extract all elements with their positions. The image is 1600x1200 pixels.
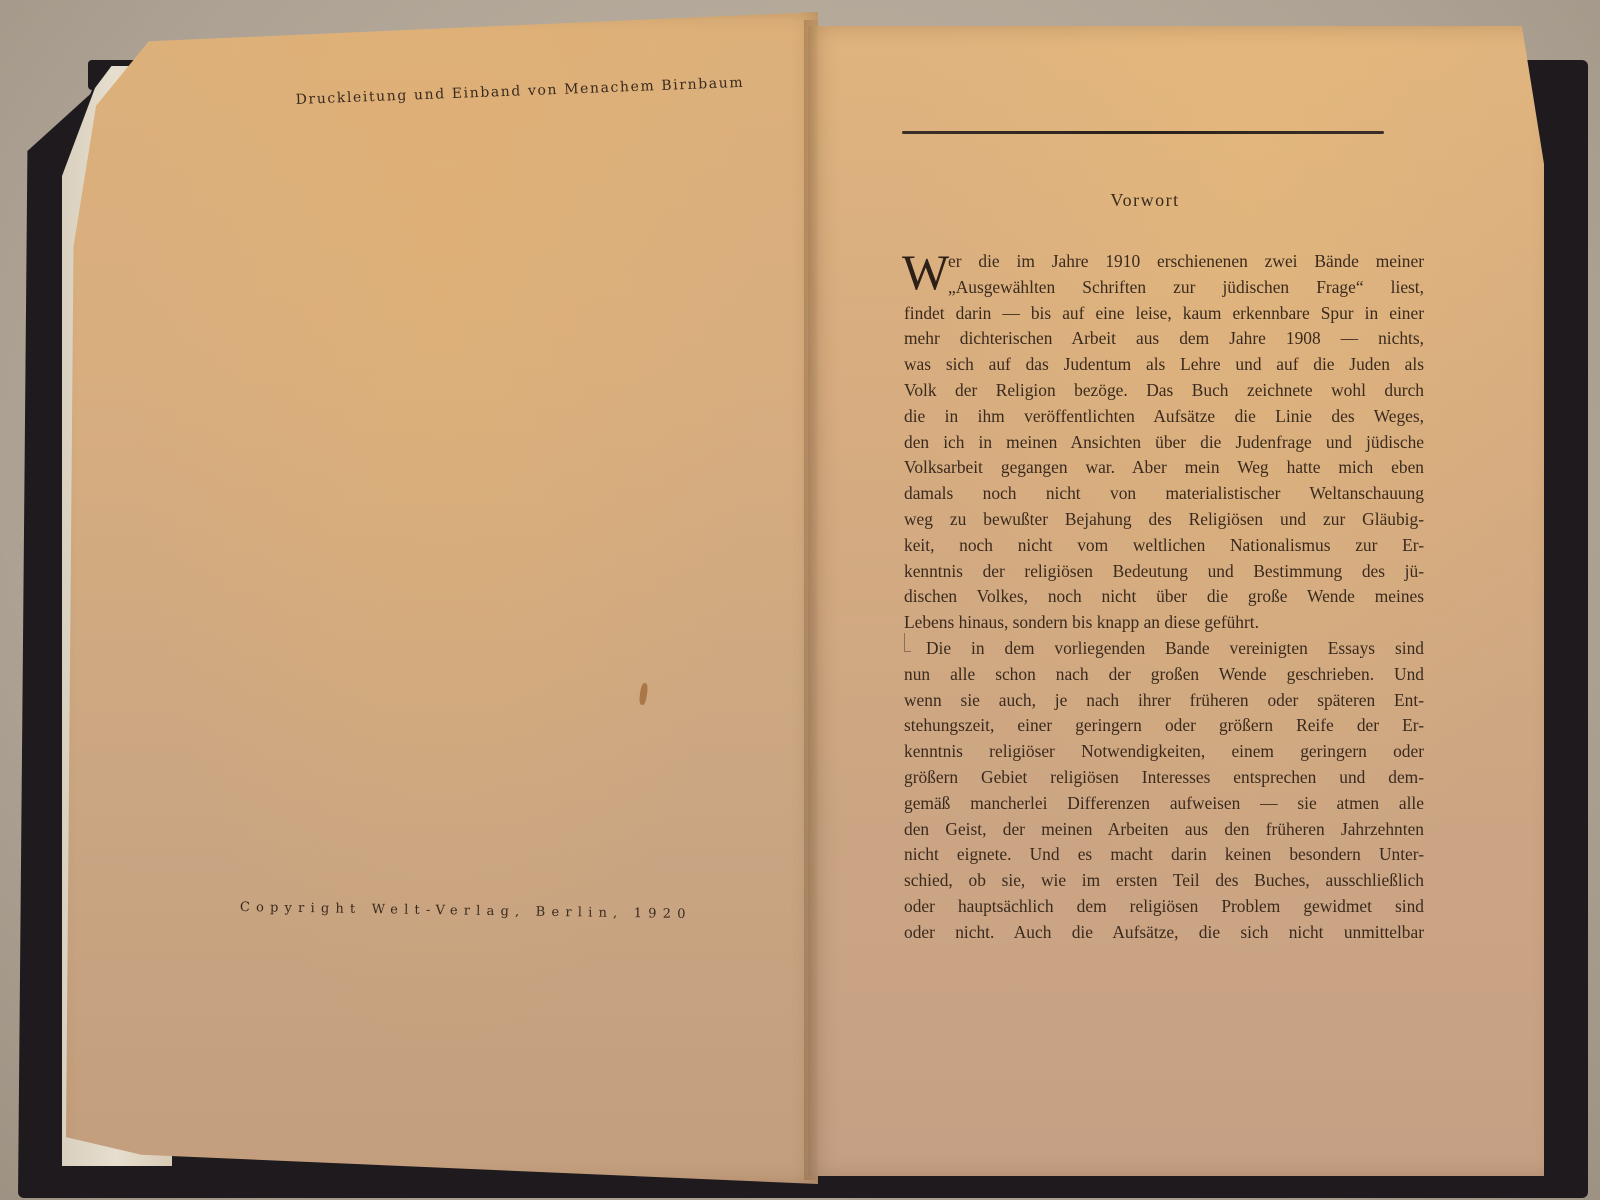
text-line: mehr dichterischen Arbeit aus dem Jahre … xyxy=(904,326,1424,352)
text-line: kenntnis religiöser Notwendigkeiten, ein… xyxy=(904,739,1424,765)
text-line: den ich in meinen Ansichten über die Jud… xyxy=(904,430,1424,456)
text-line: stehungszeit, einer geringern oder größe… xyxy=(904,713,1424,739)
page-title: Vorwort xyxy=(1040,190,1250,211)
text-line: den Geist, der meinen Arbeiten aus den f… xyxy=(904,817,1424,843)
text-line: er die im Jahre 1910 erschienenen zwei B… xyxy=(904,249,1424,275)
left-page xyxy=(66,12,818,1184)
book-gutter xyxy=(804,20,818,1180)
text-line: nicht eignete. Und es macht darin keinen… xyxy=(904,842,1424,868)
text-line: die in ihm veröffentlichten Aufsätze die… xyxy=(904,404,1424,430)
text-line: größern Gebiet religiösen Interesses ent… xyxy=(904,765,1424,791)
text-line: oder hauptsächlich dem religiösen Proble… xyxy=(904,894,1424,920)
text-line: Lebens hinaus, sondern bis knapp an dies… xyxy=(904,610,1424,636)
text-line: nun alle schon nach der großen Wende ges… xyxy=(904,662,1424,688)
text-line: wenn sie auch, je nach ihrer früheren od… xyxy=(904,688,1424,714)
header-rule xyxy=(902,131,1384,134)
text-line: dischen Volkes, noch nicht über die groß… xyxy=(904,584,1424,610)
text-line: was sich auf das Judentum als Lehre und … xyxy=(904,352,1424,378)
text-line: „Ausgewählten Schriften zur jüdischen Fr… xyxy=(904,275,1424,301)
text-line: keit, noch nicht vom weltlichen National… xyxy=(904,533,1424,559)
text-line: gemäß mancherlei Differenzen aufweisen —… xyxy=(904,791,1424,817)
text-line: Volk der Religion bezöge. Das Buch zeich… xyxy=(904,378,1424,404)
preface-body: W er die im Jahre 1910 erschienenen zwei… xyxy=(904,249,1424,946)
drop-cap: W xyxy=(902,251,949,293)
text-line: findet darin — bis auf eine leise, kaum … xyxy=(904,301,1424,327)
text-line: kenntnis der religiösen Bedeutung und Be… xyxy=(904,559,1424,585)
text-line: schied, ob sie, wie im ersten Teil des B… xyxy=(904,868,1424,894)
text-line: oder nicht. Auch die Aufsätze, die sich … xyxy=(904,920,1424,946)
text-line: damals noch nicht von materialistischer … xyxy=(904,481,1424,507)
text-line: weg zu bewußter Bejahung des Religiösen … xyxy=(904,507,1424,533)
book-photo: Druckleitung und Einband von Menachem Bi… xyxy=(0,0,1600,1200)
text-line: Die in dem vorliegenden Bande vereinigte… xyxy=(904,636,1424,662)
text-line: Volksarbeit gegangen war. Aber mein Weg … xyxy=(904,455,1424,481)
